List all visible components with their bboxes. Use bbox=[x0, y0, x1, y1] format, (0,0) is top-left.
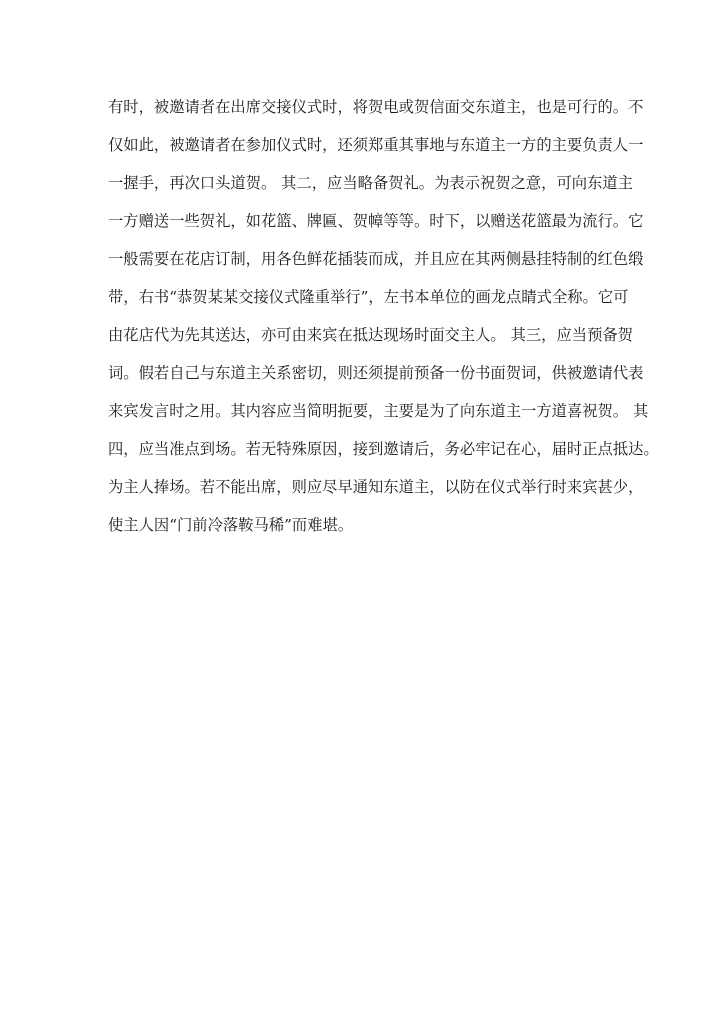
text-line: 带，右书“恭贺某某交接仪式隆重举行”，左书本单位的画龙点睛式全称。它可 bbox=[108, 284, 615, 322]
text-line: 仅如此，被邀请者在参加仪式时，还须郑重其事地与东道主一方的主要负责人一 bbox=[108, 132, 615, 170]
document-body-paragraph: 有时，被邀请者在出席交接仪式时，将贺电或贺信面交东道主，也是可行的。不 仅如此，… bbox=[108, 94, 615, 550]
text-line: 有时，被邀请者在出席交接仪式时，将贺电或贺信面交东道主，也是可行的。不 bbox=[108, 94, 615, 132]
text-line: 一方赠送一些贺礼，如花篮、牌匾、贺幛等等。时下，以赠送花篮最为流行。它 bbox=[108, 208, 615, 246]
text-line: 一握手，再次口头道贺。 其二，应当略备贺礼。为表示祝贺之意，可向东道主 bbox=[108, 170, 615, 208]
document-page: 有时，被邀请者在出席交接仪式时，将贺电或贺信面交东道主，也是可行的。不 仅如此，… bbox=[0, 0, 721, 1020]
text-line: 来宾发言时之用。其内容应当简明扼要，主要是为了向东道主一方道喜祝贺。 其 bbox=[108, 398, 615, 436]
text-line: 四，应当准点到场。若无特殊原因，接到邀请后，务必牢记在心，届时正点抵达。 bbox=[108, 436, 615, 474]
text-line: 为主人捧场。若不能出席，则应尽早通知东道主，以防在仪式举行时来宾甚少， bbox=[108, 474, 615, 512]
text-line-last: 使主人因“门前冷落鞍马稀”而难堪。 bbox=[108, 512, 615, 550]
text-line: 由花店代为先其送达，亦可由来宾在抵达现场时面交主人。 其三，应当预备贺 bbox=[108, 322, 615, 360]
text-line: 一般需要在花店订制，用各色鲜花插装而成，并且应在其两侧悬挂特制的红色缎 bbox=[108, 246, 615, 284]
text-line: 词。假若自己与东道主关系密切，则还须提前预备一份书面贺词，供被邀请代表 bbox=[108, 360, 615, 398]
